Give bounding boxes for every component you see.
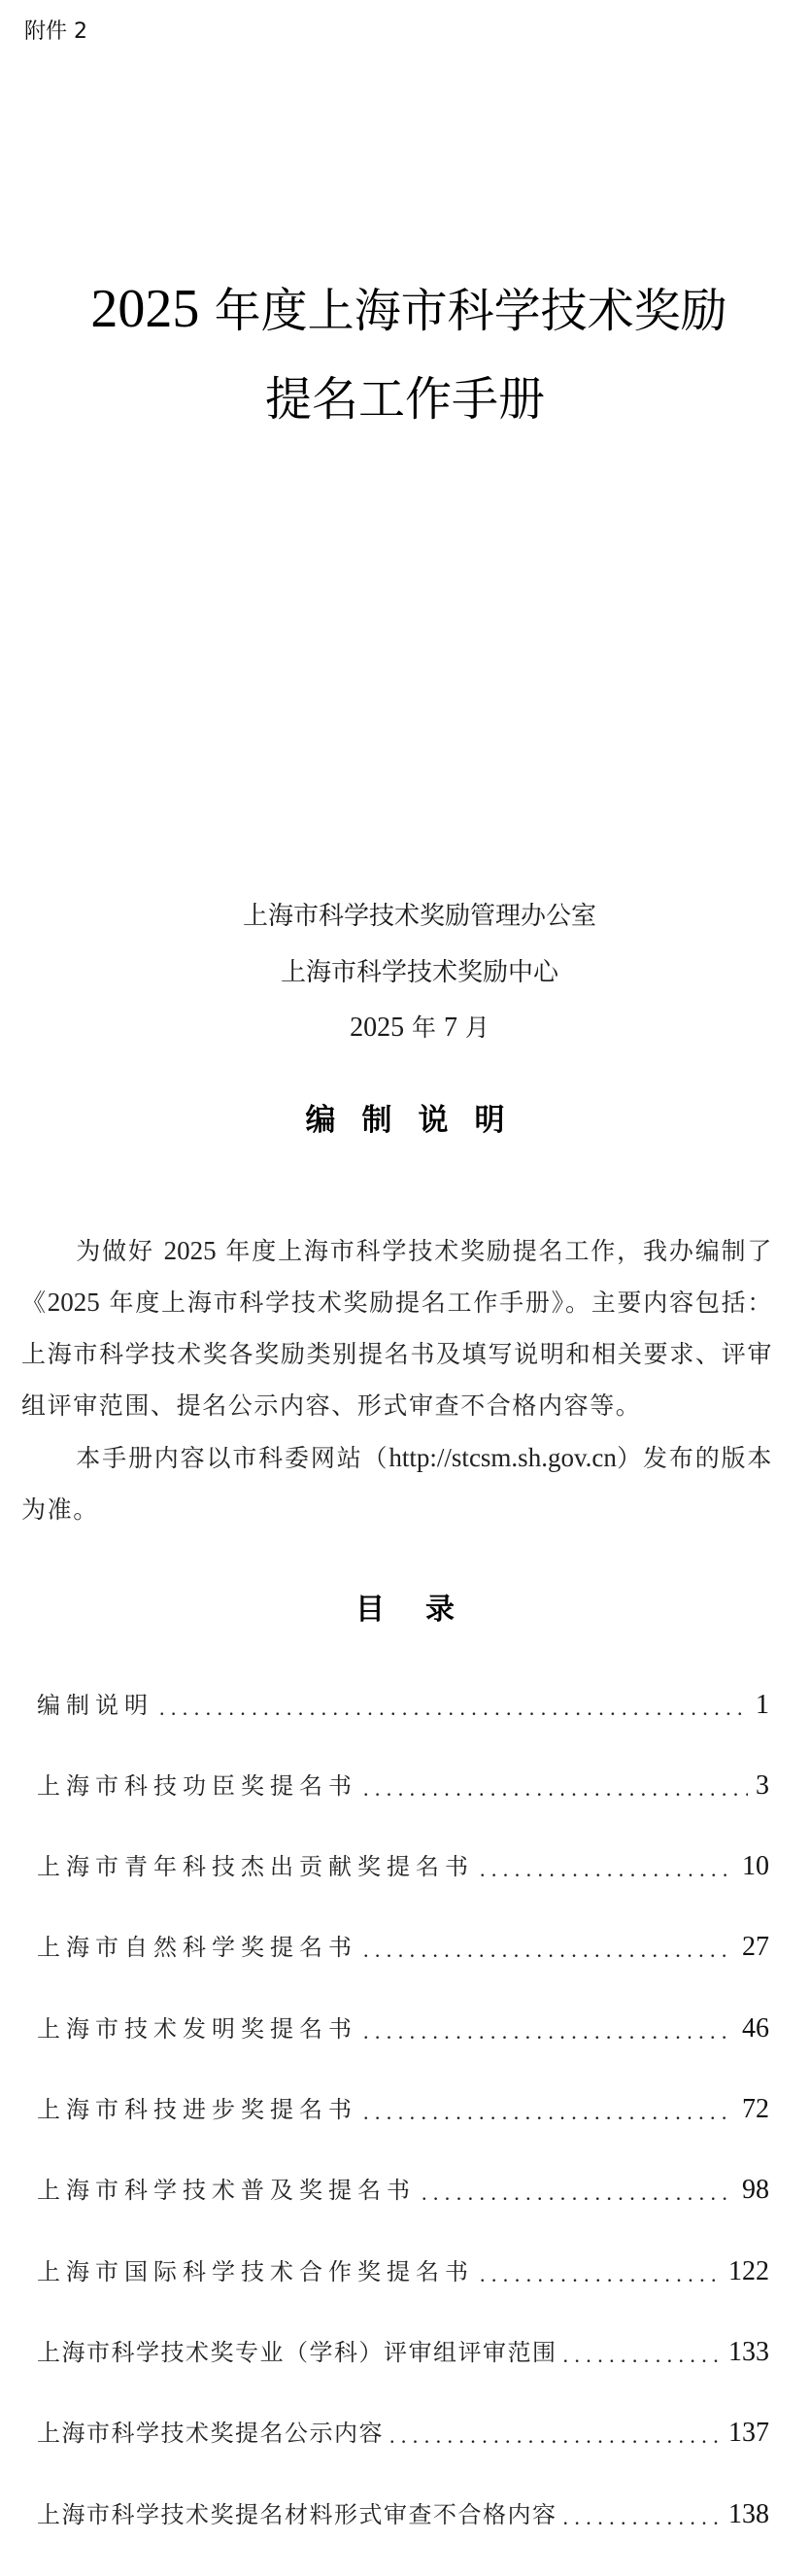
toc-item[interactable]: 上海市科技进步奖提名书.............................… [37,2095,769,2124]
toc-dot-leader: ........................................… [563,2344,722,2367]
attachment-label: 附件 2 [24,17,87,47]
toc-item-page-number: 122 [728,2257,769,2286]
para1-text-a: 为做好 [76,1237,164,1265]
para1-text-c: 年度上海市科学技术奖励提名工作手册》。主要内容包括：上海市科学技术奖各奖励类别提… [21,1288,773,1420]
toc-item-label: 上海市国际科学技术合作奖提名书 [37,2257,474,2286]
preface-heading: 编制说明 [0,1101,810,1140]
toc-dot-leader: ........................................… [389,2424,721,2448]
toc-item-label: 上海市科学技术普及奖提名书 [37,2176,416,2205]
org-name-center: 上海市科学技术奖励中心 [0,958,810,987]
toc-dot-leader: ........................................… [363,2020,734,2044]
toc-item-page-number: 46 [742,2014,769,2044]
toc-dot-leader: ........................................… [480,2263,721,2286]
toc-dot-leader: ........................................… [480,1858,734,1881]
date-year: 2025 [350,1013,404,1043]
toc-item[interactable]: 上海市科学技术普及奖提名书...........................… [37,2176,769,2205]
toc-item-label: 上海市自然科学奖提名书 [37,1933,357,1962]
preface-paragraph-2: 本手册内容以市科委网站（http://stcsm.sh.gov.cn）发布的版本… [21,1432,773,1535]
preface-paragraph-1: 为做好 2025 年度上海市科学技术奖励提名工作，我办编制了《2025 年度上海… [21,1225,773,1431]
title-line-2: 提名工作手册 [0,372,810,427]
toc-item-page-number: 10 [742,1852,769,1881]
para1-year-2: 2025 [48,1288,100,1317]
date-year-unit: 年 [404,1013,444,1042]
toc-item[interactable]: 上海市技术发明奖提名书.............................… [37,2014,769,2044]
toc-item-page-number: 27 [742,1933,769,1962]
toc-item-label: 上海市科学技术奖提名材料形式审查不合格内容 [37,2500,557,2529]
toc-item[interactable]: 上海市青年科技杰出贡献奖提名书.........................… [37,1852,769,1881]
toc-item-label: 上海市科技进步奖提名书 [37,2095,357,2124]
toc-item[interactable]: 上海市科学技术奖提名材料形式审查不合格内容...................… [37,2500,769,2529]
toc-item[interactable]: 上海市科技功臣奖提名书.............................… [37,1771,769,1801]
toc-item-label: 上海市科学技术奖提名公示内容 [37,2419,384,2448]
date-month-unit: 月 [457,1013,489,1042]
para2-text-a: 本手册内容以市科委网站（ [76,1444,388,1472]
toc-item-page-number: 3 [756,1771,769,1801]
title-line-1-text: 年度上海市科学技术奖励 [199,284,726,338]
toc-dot-leader: ........................................… [363,1777,748,1801]
toc-heading: 目录 [0,1591,810,1630]
toc-item-page-number: 133 [728,2338,769,2367]
toc-item-page-number: 72 [742,2095,769,2124]
publish-date: 2025 年 7 月 [0,1013,810,1043]
toc-dot-leader: ........................................… [363,2101,734,2124]
para1-year: 2025 [164,1236,217,1265]
toc-dot-leader: ........................................… [159,1697,748,1720]
toc-item-label: 上海市科技功臣奖提名书 [37,1771,357,1801]
toc-dot-leader: ........................................… [363,1939,734,1962]
date-month: 7 [444,1013,457,1043]
toc-item-page-number: 137 [728,2419,769,2448]
toc-item[interactable]: 上海市自然科学奖提名书.............................… [37,1933,769,1962]
title-year: 2025 [90,279,199,339]
org-name-office: 上海市科学技术奖励管理办公室 [0,902,810,931]
toc-item-page-number: 138 [728,2500,769,2529]
toc-item[interactable]: 编制说明....................................… [37,1691,769,1720]
toc-item[interactable]: 上海市科学技术奖专业（学科）评审组评审范围...................… [37,2338,769,2367]
toc-item-page-number: 98 [742,2176,769,2205]
toc-dot-leader: ........................................… [422,2181,734,2205]
toc-item-label: 上海市青年科技杰出贡献奖提名书 [37,1852,474,1881]
toc-dot-leader: ........................................… [563,2506,722,2529]
website-url[interactable]: http://stcsm.sh.gov.cn [388,1443,617,1472]
toc-item[interactable]: 上海市国际科学技术合作奖提名书.........................… [37,2257,769,2286]
toc-item[interactable]: 上海市科学技术奖提名公示内容..........................… [37,2419,769,2448]
toc-item-page-number: 1 [756,1691,769,1720]
toc-item-label: 编制说明 [37,1691,153,1720]
toc-item-label: 上海市技术发明奖提名书 [37,2014,357,2044]
toc-item-label: 上海市科学技术奖专业（学科）评审组评审范围 [37,2338,557,2367]
title-line-1: 2025 年度上海市科学技术奖励 [0,282,810,338]
